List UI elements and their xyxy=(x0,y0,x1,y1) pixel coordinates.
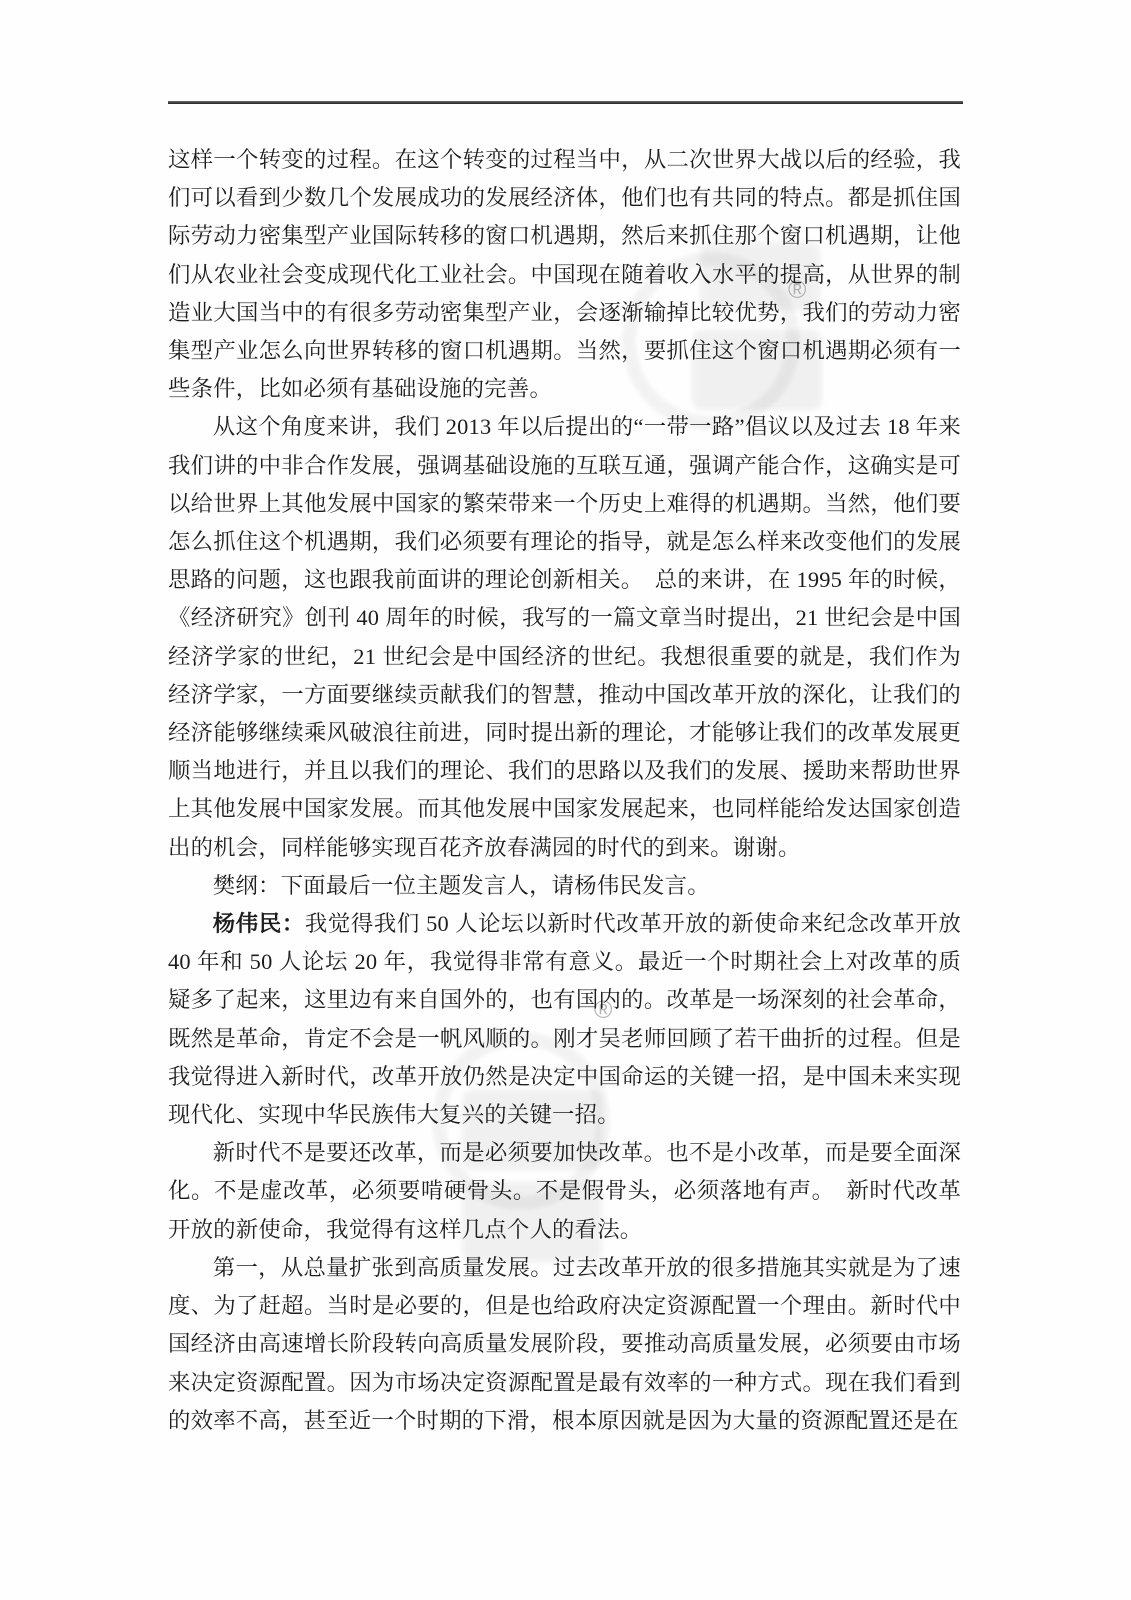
speech-text: 我觉得我们 50 人论坛以新时代改革开放的新使命来纪念改革开放 40 年和 50… xyxy=(168,911,961,1127)
speech-text: 下面最后一位主题发言人，请杨伟民发言。 xyxy=(281,873,710,898)
paragraph-yang-weimin: 杨伟民：我觉得我们 50 人论坛以新时代改革开放的新使命来纪念改革开放 40 年… xyxy=(168,905,961,1134)
document-page: ® ® 这样一个转变的过程。在这个转变的过程当中，从二次世界大战以后的经验，我们… xyxy=(0,0,1131,1600)
document-body: 这样一个转变的过程。在这个转变的过程当中，从二次世界大战以后的经验，我们可以看到… xyxy=(168,141,961,1440)
speaker-name-fan-gang: 樊纲： xyxy=(213,873,281,898)
paragraph-first-point: 第一，从总量扩张到高质量发展。过去改革开放的很多措施其实就是为了速度、为了赶超。… xyxy=(168,1249,961,1440)
paragraph-fan-gang: 樊纲：下面最后一位主题发言人，请杨伟民发言。 xyxy=(168,867,961,905)
speaker-name-yang-weimin: 杨伟民： xyxy=(213,911,305,936)
paragraph-continuation: 这样一个转变的过程。在这个转变的过程当中，从二次世界大战以后的经验，我们可以看到… xyxy=(168,141,961,408)
header-rule xyxy=(168,101,963,104)
paragraph-new-era-reform: 新时代不是要还改革，而是必须要加快改革。也不是小改革，而是要全面深化。不是虚改革… xyxy=(168,1134,961,1249)
paragraph-belt-and-road: 从这个角度来讲，我们 2013 年以后提出的“一带一路”倡议以及过去 18 年来… xyxy=(168,408,961,866)
